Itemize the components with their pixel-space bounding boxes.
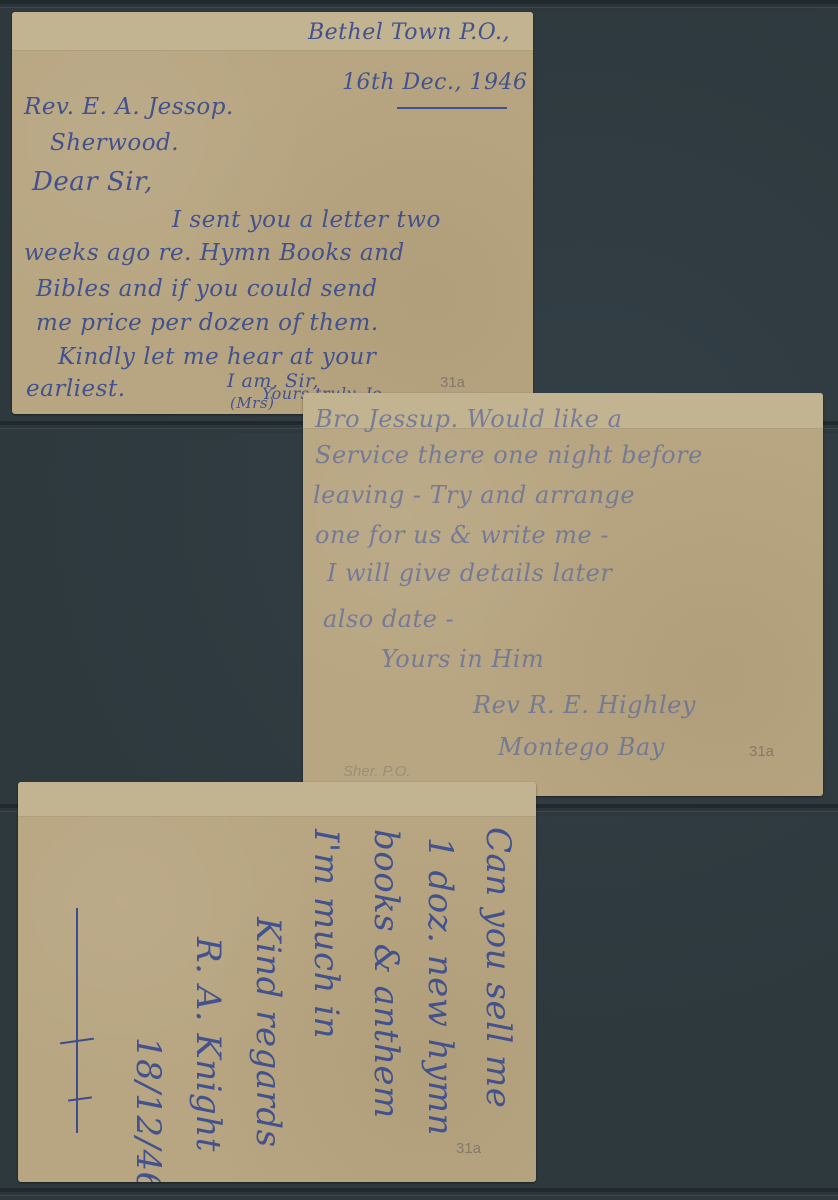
signature-name: Rev R. E. Highley: [473, 691, 696, 719]
pen-stroke-cross-2: [68, 1096, 92, 1101]
pencil-catalog-note: 31a: [440, 374, 465, 391]
body-line-6: also date -: [323, 605, 454, 633]
place-line: Bethel Town P.O.,: [308, 20, 510, 45]
album-strip-top: [0, 0, 838, 12]
postcard-2: Bro Jessup. Would like a Service there o…: [303, 393, 823, 796]
postcard-1: Bethel Town P.O., 16th Dec., 1946 Rev. E…: [12, 12, 533, 414]
body-line-2: weeks ago re. Hymn Books and: [24, 240, 405, 266]
closing-line-3: (Mrs): [230, 394, 274, 412]
faint-pencil-text: Sher. P.O.: [343, 763, 411, 780]
body-line-6: earliest.: [26, 376, 126, 402]
date-underline: [397, 107, 507, 109]
body-line-3: Bibles and if you could send: [36, 276, 378, 302]
card-top-band: [18, 782, 536, 817]
body-line-1: Bro Jessup. Would like a: [315, 405, 622, 433]
date-line: 16th Dec., 1946: [342, 70, 527, 95]
postcard-3: Can you sell me 1 doz. new hymn books & …: [18, 782, 536, 1182]
salutation: Dear Sir,: [32, 167, 153, 197]
body-line-5: Kindly let me hear at your: [58, 344, 376, 370]
addressee-place: Sherwood.: [50, 130, 179, 156]
body-line-4: one for us & write me -: [315, 521, 609, 549]
pencil-catalog-note: 31a: [749, 743, 774, 760]
rotated-line-4: I'm much in: [306, 829, 346, 1039]
body-line-1: I sent you a letter two: [172, 207, 441, 233]
signature-place: Montego Bay: [498, 733, 665, 761]
body-line-2: Service there one night before: [315, 441, 703, 469]
body-line-3: leaving - Try and arrange: [313, 481, 635, 509]
body-line-4: me price per dozen of them.: [36, 310, 379, 336]
body-line-5: I will give details later: [327, 559, 612, 587]
pencil-catalog-note: 31a: [456, 1140, 481, 1157]
album-strip-bottom: [0, 1188, 838, 1200]
rotated-line-2: 1 doz. new hymn: [420, 837, 460, 1136]
rotated-line-3: books & anthem: [366, 829, 406, 1119]
rotated-line-1: Can you sell me: [478, 827, 518, 1108]
rotated-line-6: R. A. Knight: [188, 937, 228, 1152]
closing-line-1: Yours in Him: [381, 645, 544, 673]
rotated-line-5: Kind regards: [248, 917, 288, 1148]
addressee-name: Rev. E. A. Jessop.: [24, 94, 234, 120]
rotated-line-7: 18/12/46: [128, 1037, 168, 1182]
